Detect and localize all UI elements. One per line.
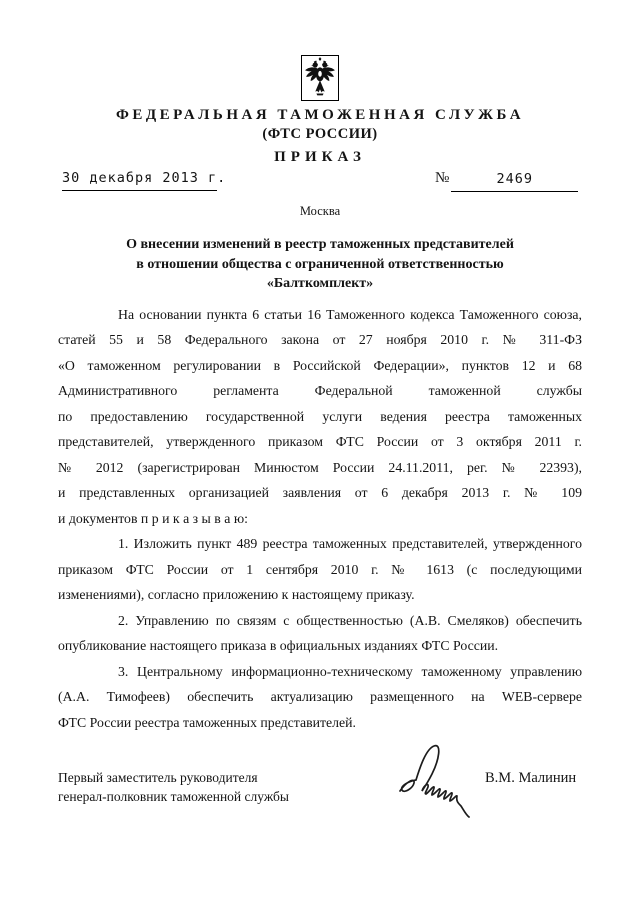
- emblem-section: [0, 0, 640, 101]
- body-text-line: и представленных организацией заявления …: [58, 480, 582, 506]
- agency-short-name: (ФТС РОССИИ): [0, 126, 640, 142]
- coat-of-arms-icon: [301, 55, 339, 101]
- city-label: Москва: [0, 204, 640, 218]
- body-text-line: по предоставлению государственной услуги…: [58, 404, 582, 430]
- date-field: 30 декабря 2013 г.: [62, 170, 217, 191]
- body-paragraph: 2. Управлению по связям с общественность…: [58, 608, 582, 659]
- body-text-line: приказом ФТС России от 1 сентября 2010 г…: [58, 557, 582, 583]
- signature-block: Первый заместитель руководителягенерал-п…: [58, 769, 582, 859]
- body-text-line: № 2012 (зарегистрирован Минюстом России …: [58, 455, 582, 481]
- document-title: О внесении изменений в реестр таможенных…: [0, 235, 640, 294]
- body-text-line: 3. Центральному информационно-техническо…: [58, 659, 582, 685]
- order-document-page: ФЕДЕРАЛЬНАЯ ТАМОЖЕННАЯ СЛУЖБА (ФТС РОССИ…: [0, 0, 640, 905]
- body-text-line: изменениями), согласно приложению к наст…: [58, 582, 582, 608]
- agency-name: ФЕДЕРАЛЬНАЯ ТАМОЖЕННАЯ СЛУЖБА: [0, 107, 640, 123]
- title-line: О внесении изменений в реестр таможенных…: [0, 235, 640, 255]
- body-text-line: и документов п р и к а з ы в а ю:: [58, 506, 582, 532]
- number-field: №2469: [435, 170, 578, 192]
- date-number-row: 30 декабря 2013 г. №2469: [0, 167, 640, 203]
- body-text-line: Административного регламента Федеральной…: [58, 378, 582, 404]
- body-text-line: 2. Управлению по связям с общественность…: [58, 608, 582, 634]
- doc-type-heading: ПРИКАЗ: [0, 149, 640, 165]
- signer-position-line: генерал-полковник таможенной службы: [58, 788, 582, 807]
- document-body: На основании пункта 6 статьи 16 Таможенн…: [58, 302, 582, 736]
- body-text-line: 1. Изложить пункт 489 реестра таможенных…: [58, 531, 582, 557]
- number-value: 2469: [451, 171, 578, 192]
- body-text-line: представителей, утвержденного приказом Ф…: [58, 429, 582, 455]
- body-text-line: (А.А. Тимофеев) обеспечить актуализацию …: [58, 684, 582, 710]
- title-line: в отношении общества с ограниченной отве…: [0, 255, 640, 275]
- body-text-line: «О таможенном регулировании в Российской…: [58, 353, 582, 379]
- body-text-line: статей 55 и 58 Федерального закона от 27…: [58, 327, 582, 353]
- body-text-line: ФТС России реестра таможенных представит…: [58, 710, 582, 736]
- body-paragraph: 3. Центральному информационно-техническо…: [58, 659, 582, 736]
- handwritten-signature-icon: [393, 743, 483, 832]
- title-line: «Балткомплект»: [0, 274, 640, 294]
- body-paragraph: 1. Изложить пункт 489 реестра таможенных…: [58, 531, 582, 608]
- body-paragraph: На основании пункта 6 статьи 16 Таможенн…: [58, 302, 582, 532]
- number-sign: №: [435, 170, 449, 186]
- body-text-line: опубликование настоящего приказа в офици…: [58, 633, 582, 659]
- body-text-line: На основании пункта 6 статьи 16 Таможенн…: [58, 302, 582, 328]
- signer-name: В.М. Малинин: [485, 770, 576, 787]
